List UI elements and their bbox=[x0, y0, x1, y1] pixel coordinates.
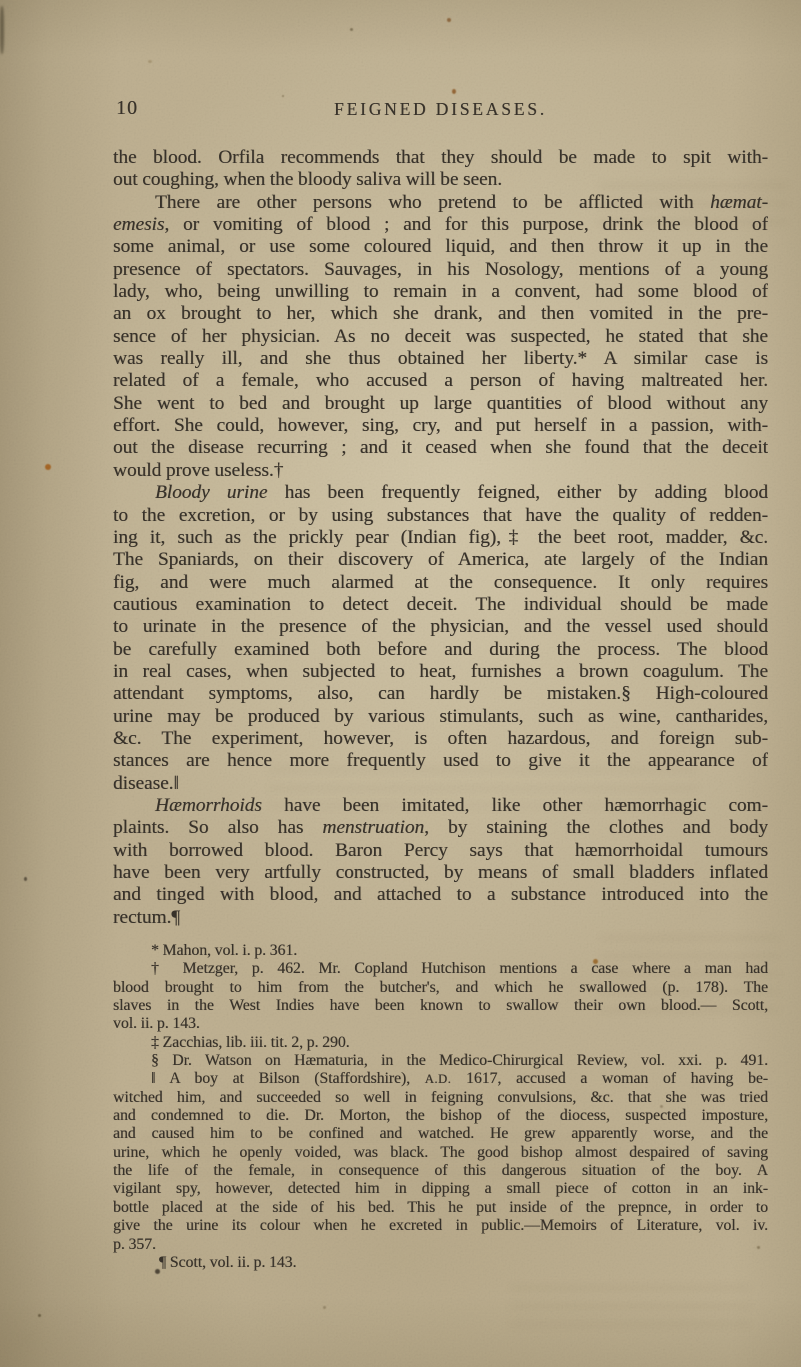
paper-speck bbox=[24, 877, 27, 881]
footnote-line: ‖ A boy at Bilson (Staffordshire), A.D. … bbox=[113, 1070, 768, 1088]
paper-speck bbox=[452, 89, 456, 94]
text-segment: , or vomiting of blood ; and for this pu… bbox=[164, 214, 768, 235]
text-segment: would prove useless.† bbox=[113, 460, 283, 481]
body-line: lady, who, being unwilling to remain in … bbox=[113, 281, 768, 303]
text-segment: urine, which he openly voided, was black… bbox=[113, 1144, 768, 1161]
text-segment: § Dr. Watson on Hæmaturia, in the Medico… bbox=[151, 1052, 768, 1069]
body-line: attendant symptoms, also, can hardly be … bbox=[113, 683, 768, 705]
text-segment: * Mahon, vol. i. p. 361. bbox=[151, 942, 297, 959]
paper-speck bbox=[350, 28, 353, 31]
text-segment: have been very artfully constructed, by … bbox=[113, 862, 768, 883]
showthrough-ghost bbox=[510, 1278, 750, 1338]
text-segment: attendant symptoms, also, can hardly be … bbox=[113, 683, 768, 704]
text-segment: cautious examination to detect deceit. T… bbox=[113, 594, 768, 615]
text-segment: † Metzger, p. 462. Mr. Copland Hutchison… bbox=[151, 960, 768, 977]
body-line: stances are hence more frequently used t… bbox=[113, 750, 768, 772]
body-line: in real cases, when subjected to heat, f… bbox=[113, 661, 768, 683]
text-segment: vigilant spy, however, detected him in d… bbox=[113, 1180, 768, 1197]
body-line: cautious examination to detect deceit. T… bbox=[113, 594, 768, 616]
italic-text: hæmat- bbox=[710, 192, 768, 213]
text-segment: lady, who, being unwilling to remain in … bbox=[113, 281, 768, 302]
body-line: ing it, such as the prickly pear (Indian… bbox=[113, 527, 768, 549]
body-line: fig, and were much alarmed at the conseq… bbox=[113, 572, 768, 594]
text-segment: have been imitated, like other hæmorrhag… bbox=[262, 795, 768, 816]
footnote-line: vol. ii. p. 143. bbox=[113, 1015, 768, 1033]
body-line: to urinate in the presence of the physic… bbox=[113, 616, 768, 638]
text-segment: the life of the female, in consequence o… bbox=[113, 1162, 768, 1179]
footnote-line: urine, which he openly voided, was black… bbox=[113, 1144, 768, 1162]
text-segment: an ox brought to her, which she drank, a… bbox=[113, 303, 768, 324]
text-segment: some animal, or use some coloured liquid… bbox=[113, 236, 768, 257]
body-line: to the excretion, or by using substances… bbox=[113, 505, 768, 527]
text-segment: and caused him to be confined and watche… bbox=[113, 1125, 768, 1142]
body-line: related of a female, who accused a perso… bbox=[113, 370, 768, 392]
footnote-line: † Metzger, p. 462. Mr. Copland Hutchison… bbox=[113, 960, 768, 978]
footnote-line: p. 357. bbox=[113, 1236, 768, 1254]
text-segment: bottle placed at the side of his bed. Th… bbox=[113, 1199, 768, 1216]
body-line: She went to bed and brought up large qua… bbox=[113, 393, 768, 415]
italic-text: Bloody urine bbox=[155, 482, 267, 503]
text-segment: to the excretion, or by using substances… bbox=[113, 505, 768, 526]
footnote-line: slaves in the West Indies have been know… bbox=[113, 997, 768, 1015]
footnote-line: § Dr. Watson on Hæmaturia, in the Medico… bbox=[113, 1052, 768, 1070]
body-line: disease.‖ bbox=[113, 773, 768, 795]
running-head: 10 FEIGNED DISEASES. bbox=[113, 97, 768, 123]
paper-speck bbox=[148, 60, 152, 63]
text-segment: She went to bed and brought up large qua… bbox=[113, 393, 768, 414]
body-line: was really ill, and she thus obtained he… bbox=[113, 348, 768, 370]
paper-speck bbox=[38, 1314, 41, 1317]
text-segment: ‡ Zacchias, lib. iii. tit. 2, p. 290. bbox=[151, 1034, 350, 1051]
body-line: be carefully examined both before and du… bbox=[113, 639, 768, 661]
paper-speck bbox=[447, 18, 451, 22]
paper-speck bbox=[323, 1306, 326, 1309]
footnote-line: vigilant spy, however, detected him in d… bbox=[113, 1180, 768, 1198]
footnote-line: * Mahon, vol. i. p. 361. bbox=[113, 942, 768, 960]
text-segment: 1617, accused a woman of having be- bbox=[451, 1070, 768, 1087]
footnote-line: witched him, and succeeded so well in fe… bbox=[113, 1089, 768, 1107]
text-segment: blood brought to him from the butcher's,… bbox=[113, 979, 768, 996]
body-line: have been very artfully constructed, by … bbox=[113, 862, 768, 884]
body-line: some animal, or use some coloured liquid… bbox=[113, 236, 768, 258]
body-line: The Spaniards, on their discovery of Ame… bbox=[113, 549, 768, 571]
smallcaps-text: A.D. bbox=[425, 1072, 452, 1086]
paper-speck bbox=[0, 6, 4, 54]
text-segment: and condemned to die. Dr. Morton, the bi… bbox=[113, 1107, 768, 1124]
text-segment: was really ill, and she thus obtained he… bbox=[113, 348, 768, 369]
text-segment: vol. ii. p. 143. bbox=[113, 1015, 200, 1032]
text-segment: , by staining the clothes and body bbox=[424, 817, 768, 838]
footnote-line: give the urine its colour when he excret… bbox=[113, 1217, 768, 1235]
text-segment: ing it, such as the prickly pear (Indian… bbox=[113, 527, 768, 548]
footnotes: * Mahon, vol. i. p. 361.† Metzger, p. 46… bbox=[113, 942, 768, 1272]
book-page: 10 FEIGNED DISEASES. the blood. Orfila r… bbox=[0, 0, 801, 1367]
text-segment: out coughing, when the bloody saliva wil… bbox=[113, 169, 502, 190]
text-segment: and tinged with blood, and attached to a… bbox=[113, 884, 768, 905]
footnote-line: blood brought to him from the butcher's,… bbox=[113, 979, 768, 997]
body-line: effort. She could, however, sing, cry, a… bbox=[113, 415, 768, 437]
text-segment: &c. The experiment, however, is often ha… bbox=[113, 728, 768, 749]
body-line: presence of spectators. Sauvages, in his… bbox=[113, 259, 768, 281]
text-segment: the blood. Orfila recommends that they s… bbox=[113, 147, 768, 168]
body-line: out the disease recurring ; and it cease… bbox=[113, 437, 768, 459]
footnote-line: ‡ Zacchias, lib. iii. tit. 2, p. 290. bbox=[113, 1034, 768, 1052]
text-segment: witched him, and succeeded so well in fe… bbox=[113, 1089, 768, 1106]
footnote-line: bottle placed at the side of his bed. Th… bbox=[113, 1199, 768, 1217]
body-line: out coughing, when the bloody saliva wil… bbox=[113, 169, 768, 191]
text-segment: plaints. So also has bbox=[113, 817, 322, 838]
text-segment: has been frequently feigned, either by a… bbox=[267, 482, 768, 503]
text-segment: effort. She could, however, sing, cry, a… bbox=[113, 415, 768, 436]
text-segment: to urinate in the presence of the physic… bbox=[113, 616, 768, 637]
text-segment: give the urine its colour when he excret… bbox=[113, 1217, 768, 1234]
body-line: the blood. Orfila recommends that they s… bbox=[113, 147, 768, 169]
text-segment: urine may be produced by various stimula… bbox=[113, 706, 768, 727]
body-line: and tinged with blood, and attached to a… bbox=[113, 884, 768, 906]
text-segment: slaves in the West Indies have been know… bbox=[113, 997, 768, 1014]
body-line: Bloody urine has been frequently feigned… bbox=[113, 482, 768, 504]
text-segment: related of a female, who accused a perso… bbox=[113, 370, 768, 391]
text-segment: be carefully examined both before and du… bbox=[113, 639, 768, 660]
body-line: an ox brought to her, which she drank, a… bbox=[113, 303, 768, 325]
body-line: would prove useless.† bbox=[113, 460, 768, 482]
text-segment: sence of her physician. As no deceit was… bbox=[113, 326, 768, 347]
text-segment: rectum.¶ bbox=[113, 907, 180, 928]
text-segment: in real cases, when subjected to heat, f… bbox=[113, 661, 768, 682]
running-title: FEIGNED DISEASES. bbox=[113, 99, 768, 120]
text-segment: stances are hence more frequently used t… bbox=[113, 750, 768, 771]
text-segment: ¶ Scott, vol. ii. p. 143. bbox=[159, 1254, 296, 1271]
text-segment: with borrowed blood. Baron Percy says th… bbox=[113, 840, 768, 861]
text-segment: There are other persons who pretend to b… bbox=[155, 192, 710, 213]
text-segment: presence of spectators. Sauvages, in his… bbox=[113, 259, 768, 280]
body-line: Hæmorrhoids have been imitated, like oth… bbox=[113, 795, 768, 817]
text-segment: ‖ A boy at Bilson (Staffordshire), bbox=[151, 1070, 425, 1087]
text-segment: The Spaniards, on their discovery of Ame… bbox=[113, 549, 768, 570]
body-line: with borrowed blood. Baron Percy says th… bbox=[113, 840, 768, 862]
italic-text: Hæmorrhoids bbox=[155, 795, 262, 816]
text-segment: disease.‖ bbox=[113, 773, 179, 794]
body-line: rectum.¶ bbox=[113, 907, 768, 929]
paper-speck bbox=[45, 464, 51, 470]
text-segment: fig, and were much alarmed at the conseq… bbox=[113, 572, 768, 593]
footnote-line: and caused him to be confined and watche… bbox=[113, 1125, 768, 1143]
body-text: the blood. Orfila recommends that they s… bbox=[113, 147, 768, 929]
text-segment: out the disease recurring ; and it cease… bbox=[113, 437, 768, 458]
text-segment: p. 357. bbox=[113, 1236, 156, 1253]
body-line: &c. The experiment, however, is often ha… bbox=[113, 728, 768, 750]
footnote-line: and condemned to die. Dr. Morton, the bi… bbox=[113, 1107, 768, 1125]
body-line: There are other persons who pretend to b… bbox=[113, 192, 768, 214]
body-line: plaints. So also has menstruation, by st… bbox=[113, 817, 768, 839]
italic-text: emesis bbox=[113, 214, 164, 235]
footnote-line: the life of the female, in consequence o… bbox=[113, 1162, 768, 1180]
body-line: emesis, or vomiting of blood ; and for t… bbox=[113, 214, 768, 236]
footnote-line: ¶ Scott, vol. ii. p. 143. bbox=[113, 1254, 768, 1272]
italic-text: menstruation bbox=[322, 817, 424, 838]
body-line: urine may be produced by various stimula… bbox=[113, 706, 768, 728]
body-line: sence of her physician. As no deceit was… bbox=[113, 326, 768, 348]
